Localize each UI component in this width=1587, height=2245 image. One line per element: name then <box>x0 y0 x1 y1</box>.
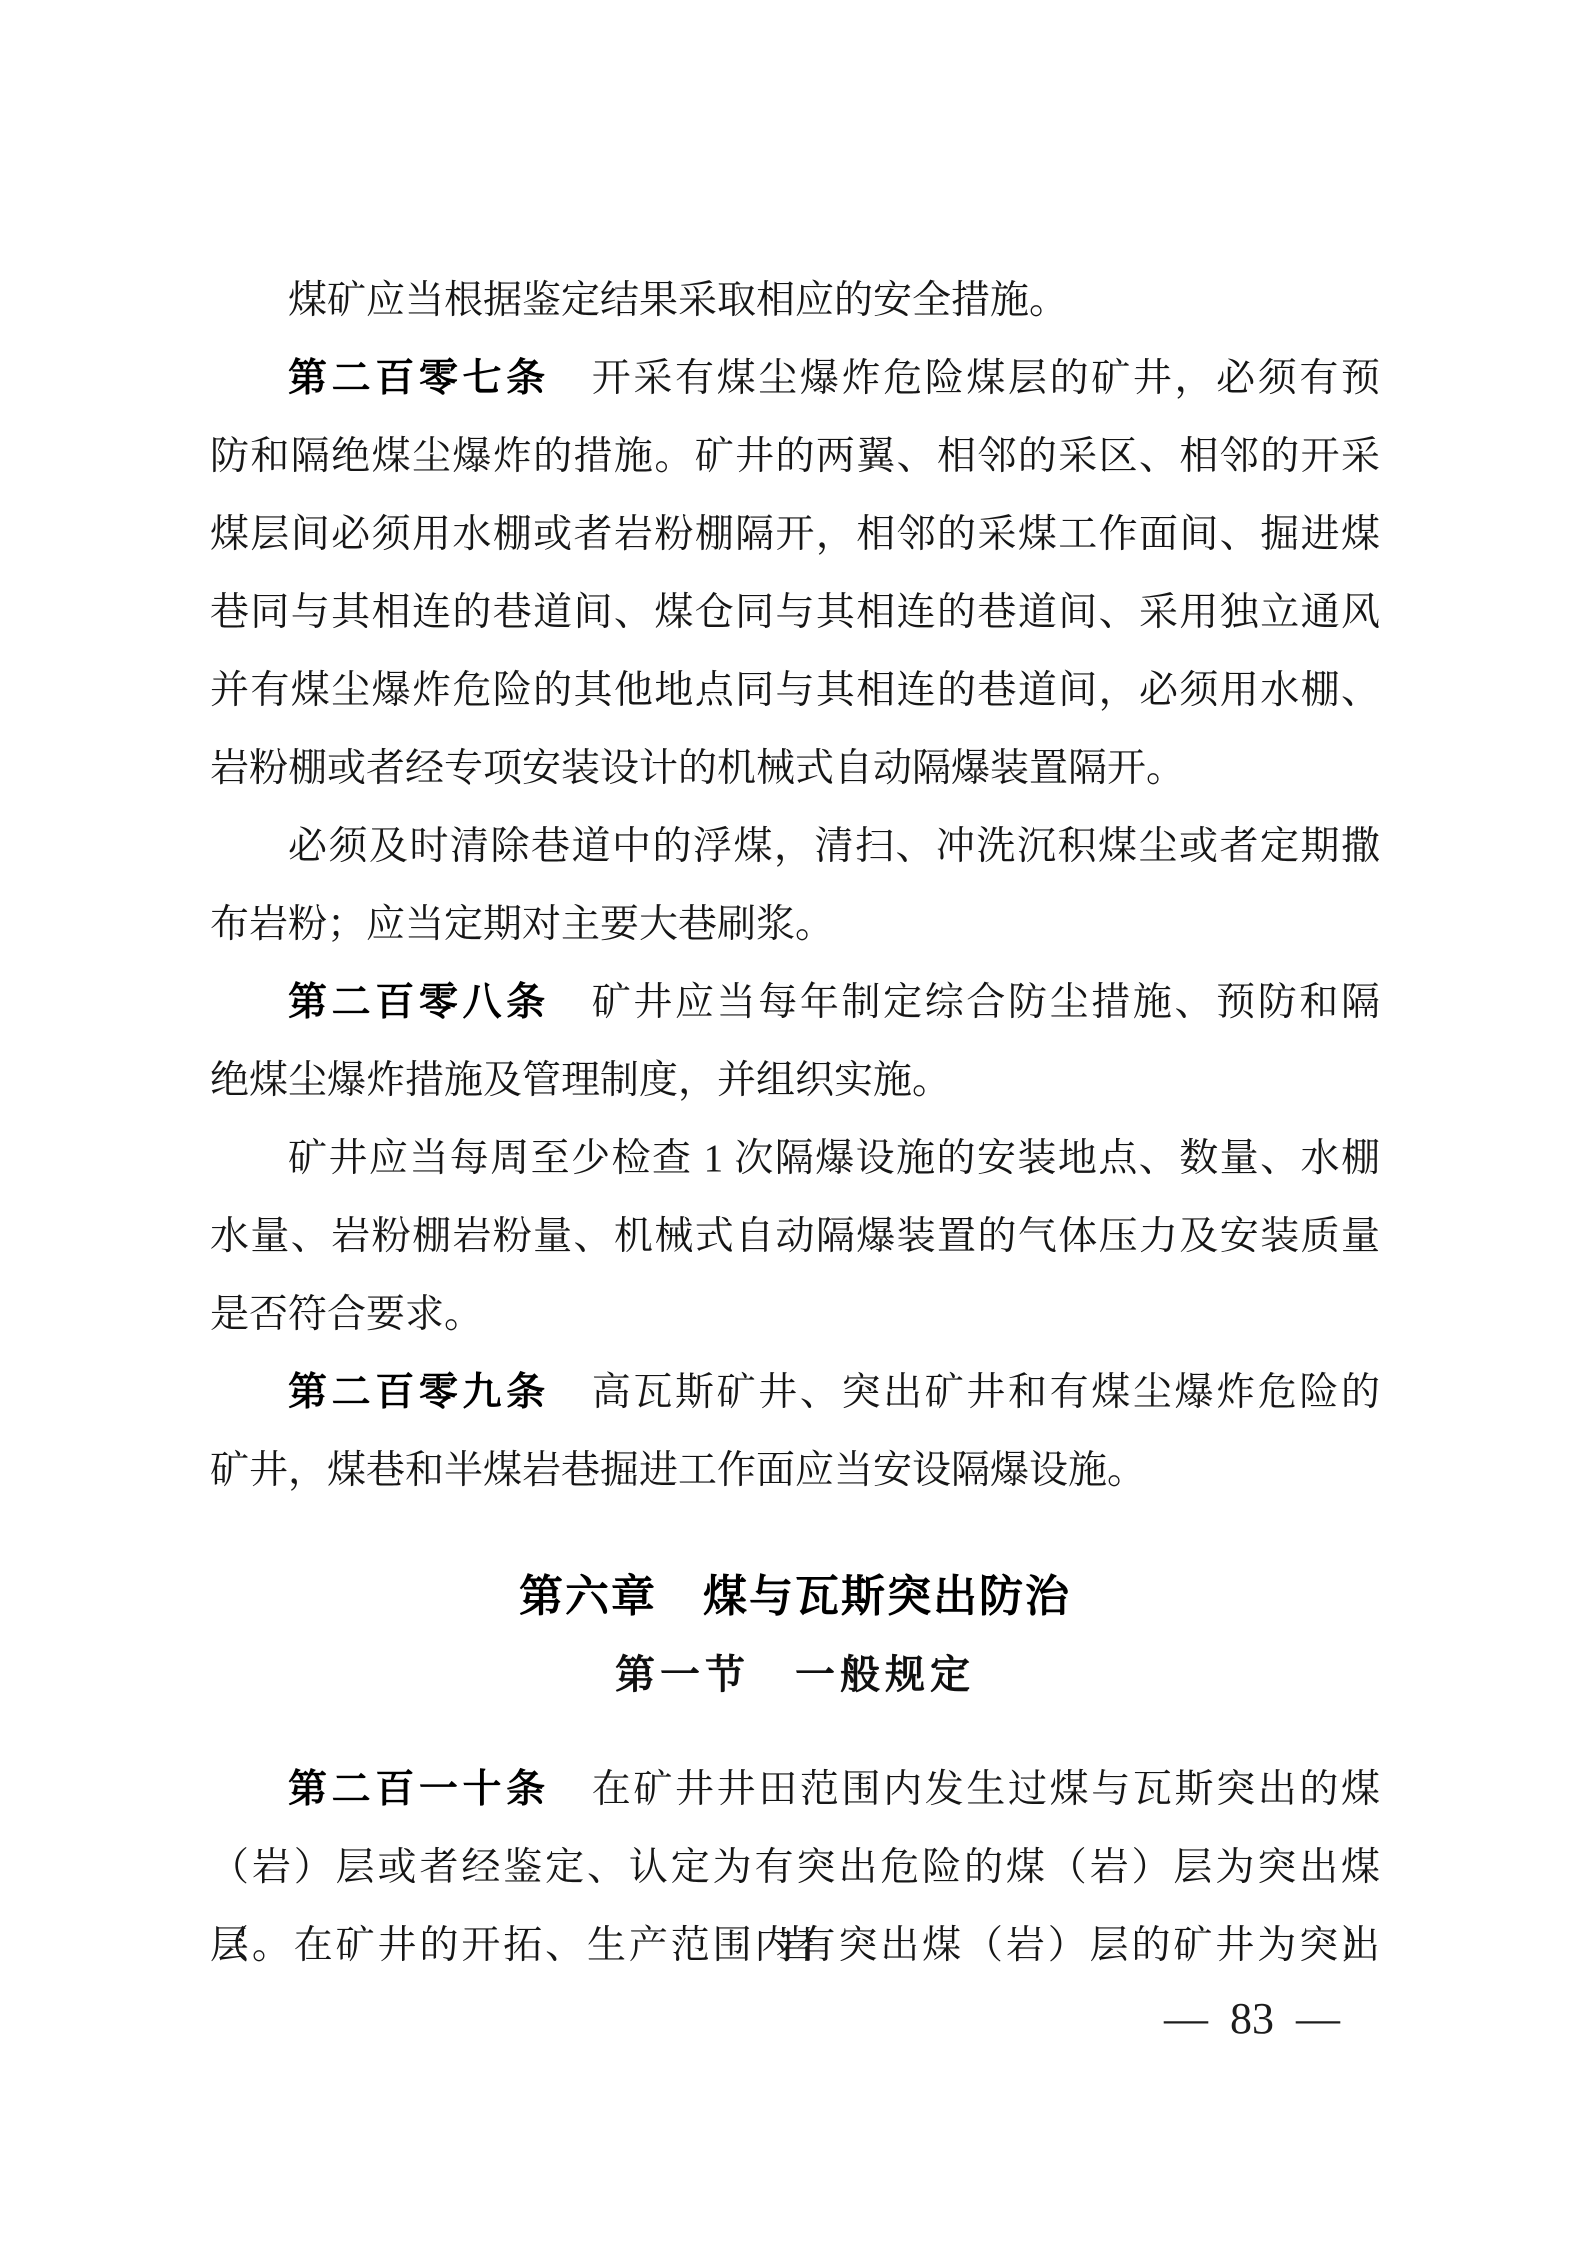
body-line: 并有煤尘爆炸危险的其他地点同与其相连的巷道间，必须用水棚、 <box>210 652 1380 730</box>
line-text: 煤层间必须用水棚或者岩粉棚隔开，相邻的采煤工作面间、掘进煤 <box>210 513 1380 556</box>
line-text: 高瓦斯矿井、突出矿井和有煤尘爆炸危险的 <box>592 1371 1380 1414</box>
body-line: 第二百一十条在矿井井田范围内发生过煤与瓦斯突出的煤 <box>210 1751 1380 1829</box>
line-text: 水量、岩粉棚岩粉量、机械式自动隔爆装置的气体压力及安装质量 <box>210 1215 1380 1258</box>
body-line: 岩粉棚或者经专项安装设计的机械式自动隔爆装置隔开。 <box>210 730 1380 808</box>
body-line: 防和隔绝煤尘爆炸的措施。矿井的两翼、相邻的采区、相邻的开采 <box>210 418 1380 496</box>
document-page: { "content": { "lines": [ { "text": "煤矿应… <box>0 0 1587 2245</box>
article-number-207: 第二百零七条 <box>288 357 550 400</box>
body-line: 第二百零八条矿井应当每年制定综合防尘措施、预防和隔 <box>210 964 1380 1042</box>
body-line: 矿井应当每周至少检查 1 次隔爆设施的安装地点、数量、水棚 <box>210 1120 1380 1198</box>
line-text: 煤矿应当根据鉴定结果采取相应的安全措施。 <box>288 279 1068 322</box>
line-text: 防和隔绝煤尘爆炸的措施。矿井的两翼、相邻的采区、相邻的开采 <box>210 435 1380 478</box>
body-line: 层。在矿井的开拓、生产范围内有突出煤（岩）层的矿井为突出 <box>210 1907 1380 1985</box>
body-line: 必须及时清除巷道中的浮煤，清扫、冲洗沉积煤尘或者定期撒 <box>210 808 1380 886</box>
line-text: 巷同与其相连的巷道间、煤仓同与其相连的巷道间、采用独立通风 <box>210 591 1380 634</box>
article-number-210: 第二百一十条 <box>288 1768 550 1811</box>
line-text: 在矿井井田范围内发生过煤与瓦斯突出的煤 <box>592 1768 1380 1811</box>
footer-dash-right: — <box>1296 1994 1340 2043</box>
body-line: 第二百零九条高瓦斯矿井、突出矿井和有煤尘爆炸危险的 <box>210 1354 1380 1432</box>
page-number: 83 <box>1230 1994 1274 2043</box>
line-text: 是否符合要求。 <box>210 1293 483 1336</box>
body-line: 矿井，煤巷和半煤岩巷掘进工作面应当安设隔爆设施。 <box>210 1432 1380 1510</box>
line-text: 绝煤尘爆炸措施及管理制度，并组织实施。 <box>210 1059 951 1102</box>
line-text: 岩粉棚或者经专项安装设计的机械式自动隔爆装置隔开。 <box>210 747 1185 790</box>
chapter-heading: 第六章 煤与瓦斯突出防治 <box>210 1558 1380 1636</box>
body-line: 水量、岩粉棚岩粉量、机械式自动隔爆装置的气体压力及安装质量 <box>210 1198 1380 1276</box>
body-line: 煤矿应当根据鉴定结果采取相应的安全措施。 <box>210 262 1380 340</box>
line-text: 矿井应当每周至少检查 1 次隔爆设施的安装地点、数量、水棚 <box>288 1137 1380 1180</box>
body-line: 是否符合要求。 <box>210 1276 1380 1354</box>
line-text: 布岩粉；应当定期对主要大巷刷浆。 <box>210 903 834 946</box>
body-line: 巷同与其相连的巷道间、煤仓同与其相连的巷道间、采用独立通风 <box>210 574 1380 652</box>
body-line: 煤层间必须用水棚或者岩粉棚隔开，相邻的采煤工作面间、掘进煤 <box>210 496 1380 574</box>
line-text: 矿井，煤巷和半煤岩巷掘进工作面应当安设隔爆设施。 <box>210 1449 1146 1492</box>
section-heading: 第一节 一般规定 <box>210 1636 1380 1714</box>
article-number-209: 第二百零九条 <box>288 1371 550 1414</box>
footer-dash-left: — <box>1164 1994 1208 2043</box>
line-text: 矿井应当每年制定综合防尘措施、预防和隔 <box>592 981 1380 1024</box>
line-text: 层。在矿井的开拓、生产范围内有突出煤（岩）层的矿井为突出 <box>210 1924 1380 1967</box>
body-line: 第二百零七条开采有煤尘爆炸危险煤层的矿井，必须有预 <box>210 340 1380 418</box>
body-line: 绝煤尘爆炸措施及管理制度，并组织实施。 <box>210 1042 1380 1120</box>
page-footer: —83— <box>1164 1990 1340 2048</box>
body-line: 布岩粉；应当定期对主要大巷刷浆。 <box>210 886 1380 964</box>
line-text: 开采有煤尘爆炸危险煤层的矿井，必须有预 <box>592 357 1380 400</box>
page-body-text: 煤矿应当根据鉴定结果采取相应的安全措施。 第二百零七条开采有煤尘爆炸危险煤层的矿… <box>210 262 1380 1985</box>
line-text: 并有煤尘爆炸危险的其他地点同与其相连的巷道间，必须用水棚、 <box>210 669 1380 712</box>
body-line: （岩）层或者经鉴定、认定为有突出危险的煤（岩）层为突出煤（岩） <box>210 1829 1380 1907</box>
line-text: 必须及时清除巷道中的浮煤，清扫、冲洗沉积煤尘或者定期撒 <box>288 825 1380 868</box>
article-number-208: 第二百零八条 <box>288 981 550 1024</box>
